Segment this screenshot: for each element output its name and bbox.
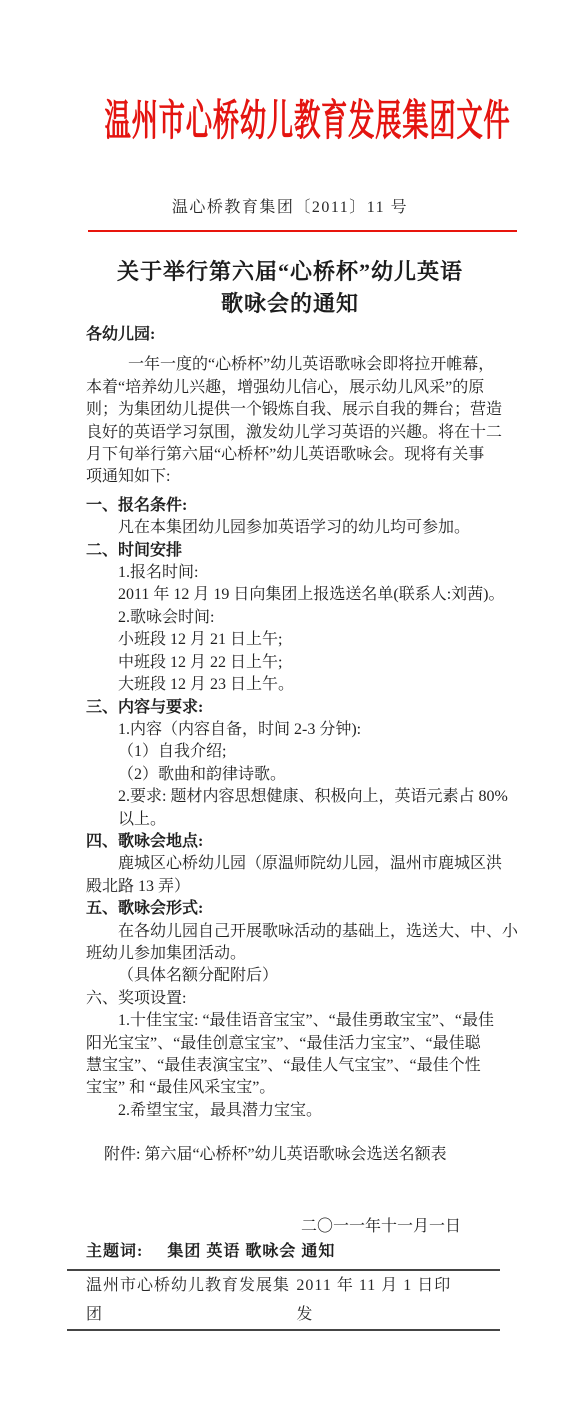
- red-divider: [88, 230, 517, 232]
- body-line: 2011 年 12 月 19 日向集团上报选送名单(联系人:刘茜)。: [86, 584, 498, 606]
- publisher-name: 温州市心桥幼儿教育发展集团: [86, 1271, 296, 1329]
- body-line: 阳光宝宝”、“最佳创意宝宝”、“最佳活力宝宝”、“最佳聪: [86, 1033, 498, 1055]
- notice-title: 关于举行第六届“心桥杯”幼儿英语 歌咏会的通知: [0, 256, 580, 320]
- body-line: 附件: 第六届“心桥杯”幼儿英语歌咏会选送名额表: [86, 1144, 498, 1166]
- body-line: （2）歌曲和韵律诗歌。: [86, 764, 498, 786]
- body-line: 2.歌咏会时间:: [86, 607, 498, 629]
- body-line: 良好的英语学习氛围，激发幼儿学习英语的兴趣。将在十二: [86, 422, 498, 444]
- body-line: 慧宝宝”、“最佳表演宝宝”、“最佳人气宝宝”、“最佳个性: [86, 1055, 498, 1077]
- subject-label: 主题词:: [86, 1243, 143, 1260]
- body-line: 中班段 12 月 22 日上午;: [86, 652, 498, 674]
- document-body: 各幼儿园:一年一度的“心桥杯”幼儿英语歌咏会即将拉开帷幕，本着“培养幼儿兴趣，增…: [86, 324, 498, 1167]
- body-line: 六、奖项设置:: [86, 988, 498, 1010]
- date-line: 二〇一一年十一月一日: [86, 1213, 498, 1236]
- body-line: 月下旬举行第六届“心桥杯”幼儿英语歌咏会。现将有关事: [86, 444, 498, 466]
- body-line: 2.希望宝宝，最具潜力宝宝。: [86, 1100, 498, 1122]
- body-line: 三、内容与要求:: [86, 697, 498, 719]
- body-line: 1.十佳宝宝: “最佳语音宝宝”、“最佳勇敢宝宝”、“最佳: [86, 1010, 498, 1032]
- body-line: 在各幼儿园自己开展歌咏活动的基础上，选送大、中、小: [86, 921, 498, 943]
- body-line: 项通知如下:: [86, 466, 498, 488]
- subject-terms: 集团 英语 歌咏会 通知: [167, 1243, 335, 1260]
- org-title-text: 温州市心桥幼儿教育发展集团文件: [105, 99, 511, 144]
- document-page: 温州市心桥幼儿教育发展集团文件 温心桥教育集团〔2011〕11 号 关于举行第六…: [0, 0, 580, 1409]
- body-line: （具体名额分配附后）: [86, 965, 498, 987]
- notice-title-line1: 关于举行第六届“心桥杯”幼儿英语: [0, 256, 580, 288]
- body-line: 班幼儿参加集团活动。: [86, 943, 498, 965]
- print-date: 2011 年 11 月 1 日印发: [296, 1271, 460, 1329]
- body-line: 宝宝” 和 “最佳风采宝宝”。: [86, 1077, 498, 1099]
- body-line: 二、时间安排: [86, 540, 498, 562]
- subject-row: 主题词:集团 英语 歌咏会 通知: [67, 1242, 500, 1262]
- body-line: 1.报名时间:: [86, 562, 498, 584]
- body-line: 一、报名条件:: [86, 495, 498, 517]
- body-line: 小班段 12 月 21 日上午;: [86, 629, 498, 651]
- body-line: 以上。: [86, 809, 498, 831]
- body-line: 四、歌咏会地点:: [86, 831, 498, 853]
- body-line: 2.要求: 题材内容思想健康、积极向上，英语元素占 80%: [86, 786, 498, 808]
- body-line: 大班段 12 月 23 日上午。: [86, 674, 498, 696]
- body-line: （1）自我介绍;: [86, 741, 498, 763]
- body-line: 各幼儿园:: [86, 324, 498, 346]
- body-line: 鹿城区心桥幼儿园（原温师院幼儿园，温州市鹿城区洪: [86, 853, 498, 875]
- footer-divider-bottom: [67, 1329, 500, 1331]
- body-line: 殿北路 13 弄）: [86, 876, 498, 898]
- notice-title-line2: 歌咏会的通知: [0, 288, 580, 320]
- publisher-row: 温州市心桥幼儿教育发展集团 2011 年 11 月 1 日印发: [67, 1271, 500, 1329]
- body-line: 一年一度的“心桥杯”幼儿英语歌咏会即将拉开帷幕，: [86, 354, 498, 376]
- body-line: 本着“培养幼儿兴趣，增强幼儿信心，展示幼儿风采”的原: [86, 377, 498, 399]
- document-footer: 主题词:集团 英语 歌咏会 通知 温州市心桥幼儿教育发展集团 2011 年 11…: [67, 1242, 500, 1331]
- org-title: 温州市心桥幼儿教育发展集团文件: [0, 0, 580, 149]
- doc-number: 温心桥教育集团〔2011〕11 号: [0, 194, 580, 217]
- body-line: 则；为集团幼儿提供一个锻炼自我、展示自我的舞台；营造: [86, 399, 498, 421]
- body-line: 五、歌咏会形式:: [86, 898, 498, 920]
- body-line: 凡在本集团幼儿园参加英语学习的幼儿均可参加。: [86, 517, 498, 539]
- body-line: 1.内容（内容自备，时间 2-3 分钟):: [86, 719, 498, 741]
